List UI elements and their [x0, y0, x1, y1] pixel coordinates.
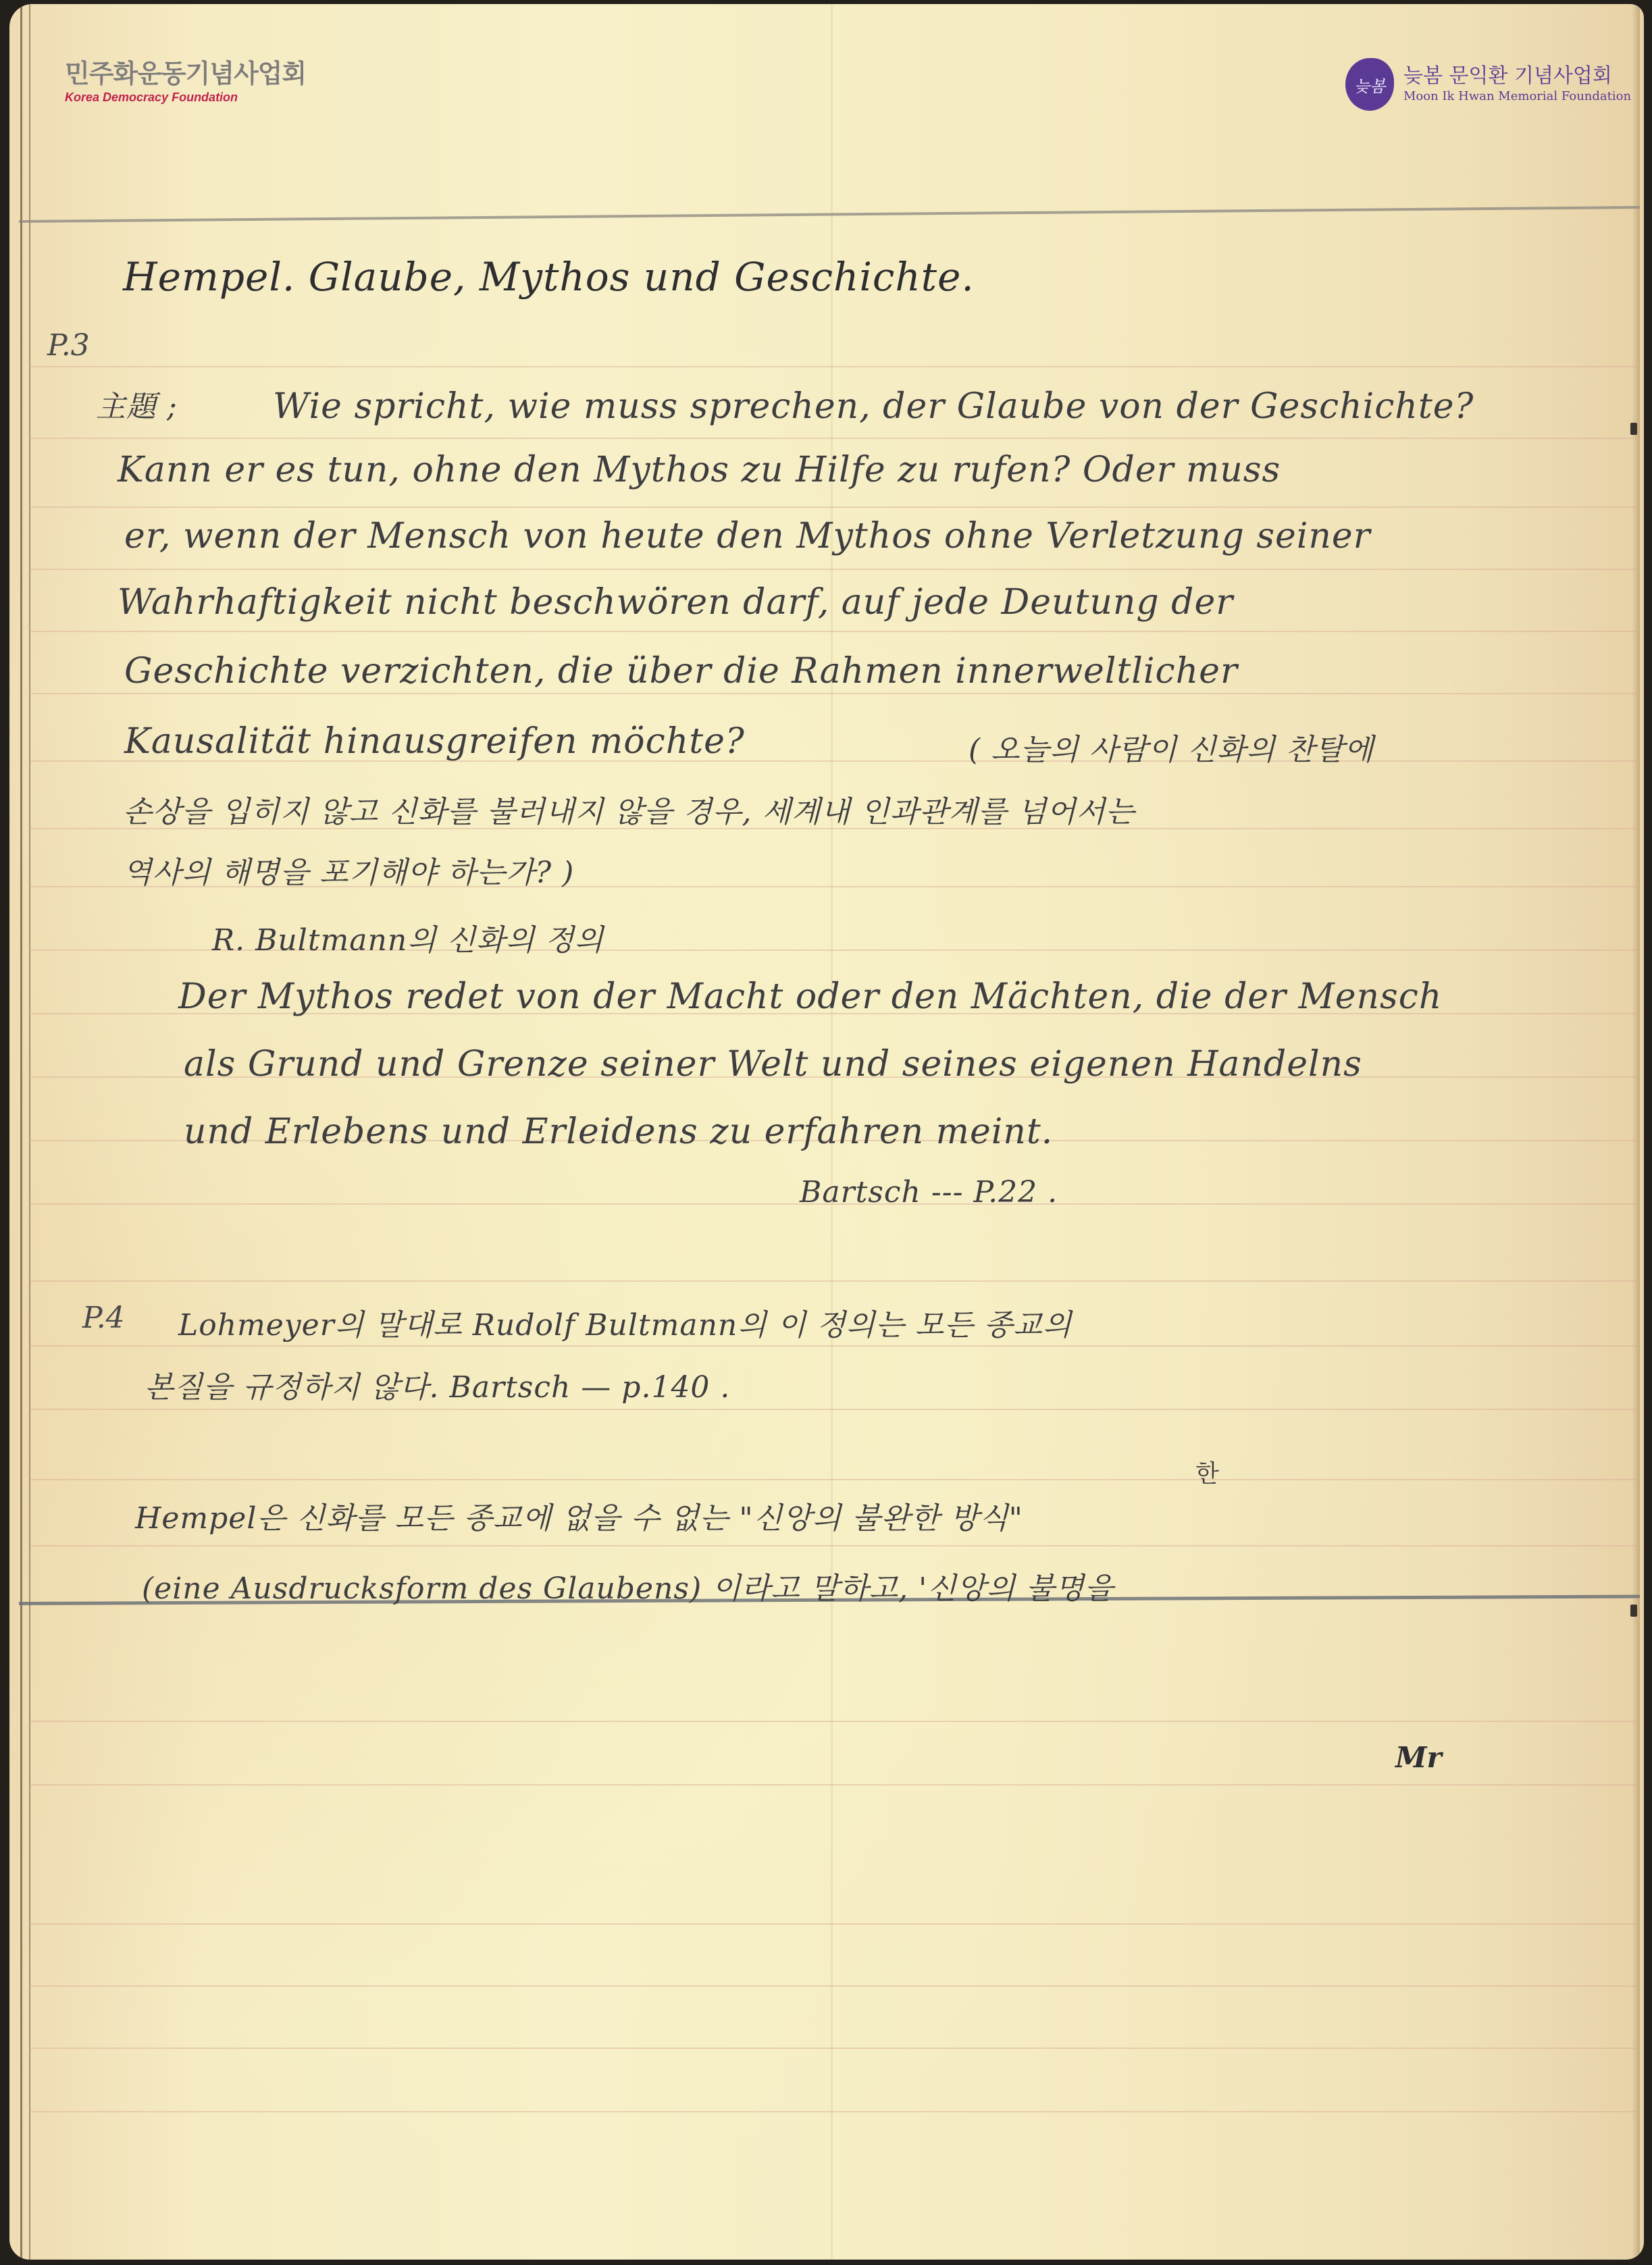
scan-background: 민주화운동기념사업회 Korea Democracy Foundation 늦봄… [0, 0, 1652, 2265]
binding-tick-mark [1630, 1605, 1637, 1617]
manuscript-title: Hempel. Glaube, Mythos und Geschichte. [123, 254, 975, 300]
hempel-line: Hempel은 신화를 모든 종교에 없을 수 없는 "신앙의 불완한 방식" [135, 1494, 1023, 1537]
ruled-line [30, 506, 1637, 508]
lohmeyer-line: 본질을 규정하지 않다. Bartsch — p.140 . [145, 1363, 730, 1406]
question-line: Wahrhaftigkeit nicht beschwören darf, au… [118, 582, 1233, 623]
question-line: Wie spricht, wie muss sprechen, der Glau… [273, 386, 1474, 427]
neutbom-badge-icon: 늦봄 [1345, 58, 1394, 111]
page-right-edge [1632, 4, 1640, 2260]
ruled-line [30, 693, 1637, 694]
ruled-line [30, 631, 1637, 632]
question-line: Kausalität hinausgreifen möchte? [124, 721, 745, 762]
ruled-line [30, 438, 1637, 439]
bultmann-quote-line: Der Mythos redet von der Macht oder den … [178, 977, 1442, 1017]
ruled-line [30, 1545, 1637, 1546]
question-line: er, wenn der Mensch von heute den Mythos… [124, 516, 1371, 556]
binding-edge [20, 4, 30, 2260]
ruled-line [30, 1280, 1637, 1282]
ruled-line [30, 1721, 1637, 1722]
ruled-line [30, 2048, 1637, 2049]
ruled-line [30, 366, 1637, 367]
question-line: Geschichte verzichten, die über die Rahm… [124, 651, 1238, 692]
ruled-line [30, 1784, 1637, 1786]
insertion-caret-mark: 한 [1195, 1455, 1219, 1489]
question-line: Kann er es tun, ohne den Mythos zu Hilfe… [118, 450, 1281, 490]
binding-tick-mark [1630, 423, 1637, 435]
header-rule [19, 206, 1640, 223]
bultmann-quote-line: und Erlebens und Erleidens zu erfahren m… [184, 1112, 1053, 1152]
ruled-line [30, 1479, 1637, 1480]
ruled-line [30, 1345, 1637, 1347]
korean-gloss-line: ( 오늘의 사람이 신화의 찬탈에 [969, 725, 1374, 769]
ruled-line [30, 1923, 1637, 1925]
logo-name-korean: 민주화운동기념사업회 [65, 59, 306, 88]
manuscript-page: 민주화운동기념사업회 Korea Democracy Foundation 늦봄… [9, 4, 1644, 2260]
page-reference: P.4 [82, 1301, 125, 1335]
moon-ik-hwan-foundation-logo: 늦봄 늦봄 문익환 기념사업회 Moon Ik Hwan Memorial Fo… [1345, 58, 1631, 111]
ruled-line [30, 1985, 1637, 1987]
theme-label: 主題 ; [96, 382, 178, 425]
bultmann-quote-line: als Grund und Grenze seiner Welt und sei… [184, 1044, 1362, 1085]
author-initials: Mr [1395, 1741, 1442, 1774]
page-reference: P.3 [47, 328, 90, 363]
logo-name-korean: 늦봄 문익환 기념사업회 [1403, 64, 1631, 88]
ruled-line [30, 569, 1637, 570]
citation: Bartsch --- P.22 . [800, 1175, 1058, 1209]
ruled-line [30, 2111, 1637, 2112]
logo-name-english: Korea Democracy Foundation [65, 89, 306, 105]
korean-gloss-line: 역사의 해명을 포기해야 하는가? ) [123, 848, 574, 891]
lohmeyer-line: Lohmeyer의 말대로 Rudolf Bultmann의 이 정의는 모든 … [178, 1301, 1072, 1344]
korea-democracy-foundation-logo: 민주화운동기념사업회 Korea Democracy Foundation [65, 59, 306, 105]
korean-gloss-line: 손상을 입히지 않고 신화를 불러내지 않을 경우, 세계내 인과관계를 넘어서… [123, 787, 1135, 831]
ruled-line [30, 1409, 1637, 1410]
logo-name-english: Moon Ik Hwan Memorial Foundation [1403, 88, 1631, 105]
bultmann-heading: R. Bultmann의 신화의 정의 [212, 916, 604, 959]
hempel-line: (eine Ausdrucksform des Glaubens) 이라고 말하… [142, 1564, 1114, 1607]
